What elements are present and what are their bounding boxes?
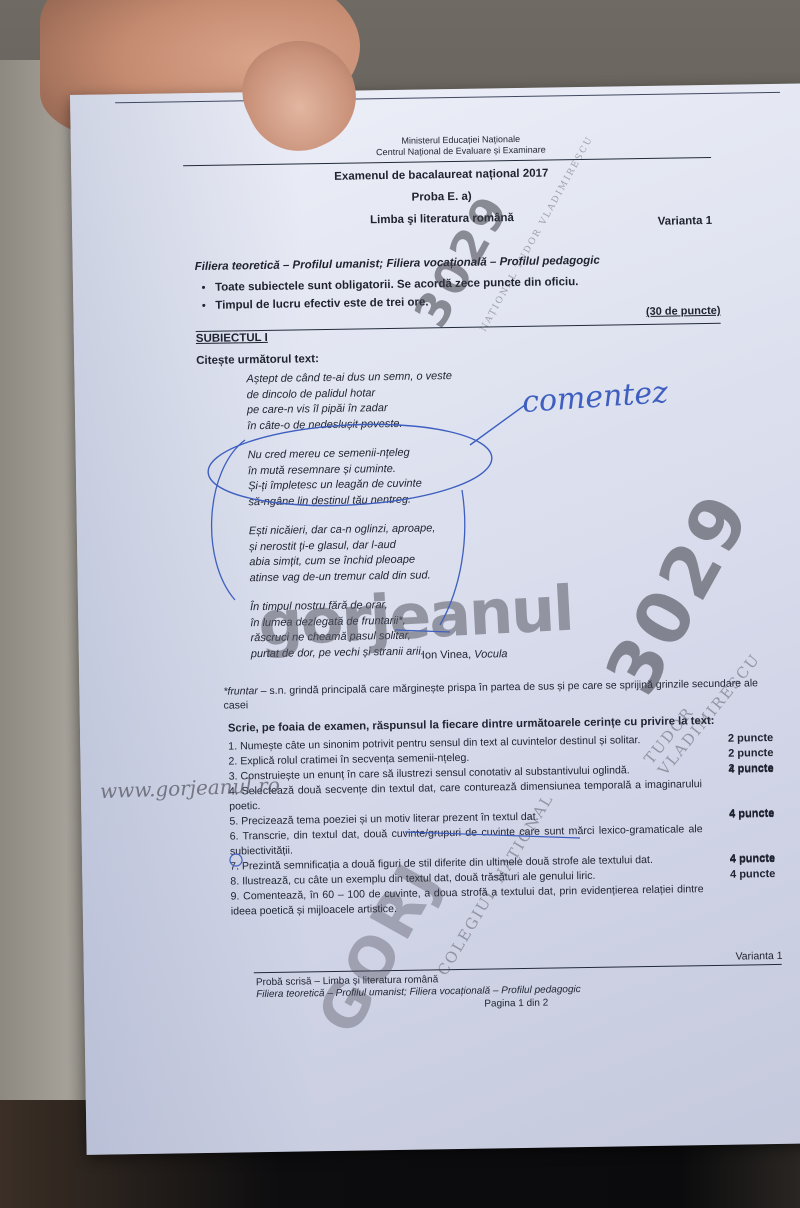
- exam-sheet: Ministerul Educației Naționale Centrul N…: [70, 83, 800, 1154]
- subject-title: Limba şi literatura română: [272, 211, 612, 228]
- ministry-line2: Centrul Național de Evaluare și Examinar…: [371, 144, 551, 158]
- task-points: 4 puncte: [728, 762, 773, 778]
- poem-line: să-ngâne lin destinul tău nentreg.: [248, 492, 454, 511]
- footnote-definition: – s.n. grindă principală care mărginește…: [224, 677, 759, 711]
- work-title: Vocula: [474, 648, 507, 661]
- section-title: SUBIECTUL I: [196, 332, 268, 345]
- footer: Probă scrisă – Limba și literatura român…: [256, 972, 581, 1001]
- poem-line: Ești nicăieri, dar ca-n oglinzi, aproape…: [249, 521, 455, 540]
- stanza-2: Nu cred mereu ce semenii-nțeleg în mută …: [248, 445, 454, 510]
- poem-line: în câte-o de nedeslușit poveste.: [247, 416, 453, 435]
- task-text: 2. Explică rolul cratimei în secvența se…: [228, 752, 469, 768]
- stanza-3: Ești nicăieri, dar ca-n oglinzi, aproape…: [249, 521, 455, 586]
- rules-list: Toate subiectele sunt obligatorii. Se ac…: [195, 273, 579, 315]
- task-list: 1. Numește câte un sinonim potrivit pent…: [228, 731, 776, 920]
- task-points: 4 puncte: [730, 867, 775, 883]
- task-points: 4 puncte: [730, 852, 775, 868]
- header-rule: [183, 157, 711, 166]
- footnote-term: *fruntar: [223, 685, 258, 698]
- stanza-1: Aștept de când te-ai dus un semn, o vest…: [246, 369, 452, 434]
- variant-label: Varianta 1: [658, 215, 713, 228]
- ministry-header: Ministerul Educației Naționale Centrul N…: [371, 133, 551, 158]
- brand-watermark: gorjeanul: [257, 572, 575, 661]
- filiera-line: Filiera teoretică – Profilul umanist; Fi…: [195, 255, 600, 273]
- task-points: 4 puncte: [729, 807, 774, 823]
- section-points: (30 de puncte): [646, 305, 721, 318]
- section-rule: [196, 323, 721, 332]
- task-points: 2 puncte: [728, 731, 773, 747]
- footer-variant: Varianta 1: [735, 950, 782, 963]
- poem-line: Aștept de când te-ai dus un semn, o vest…: [246, 369, 452, 388]
- task-points: 2 puncte: [728, 746, 773, 762]
- read-prompt: Citește următorul text:: [196, 353, 319, 367]
- page-number: Pagina 1 din 2: [484, 998, 548, 1010]
